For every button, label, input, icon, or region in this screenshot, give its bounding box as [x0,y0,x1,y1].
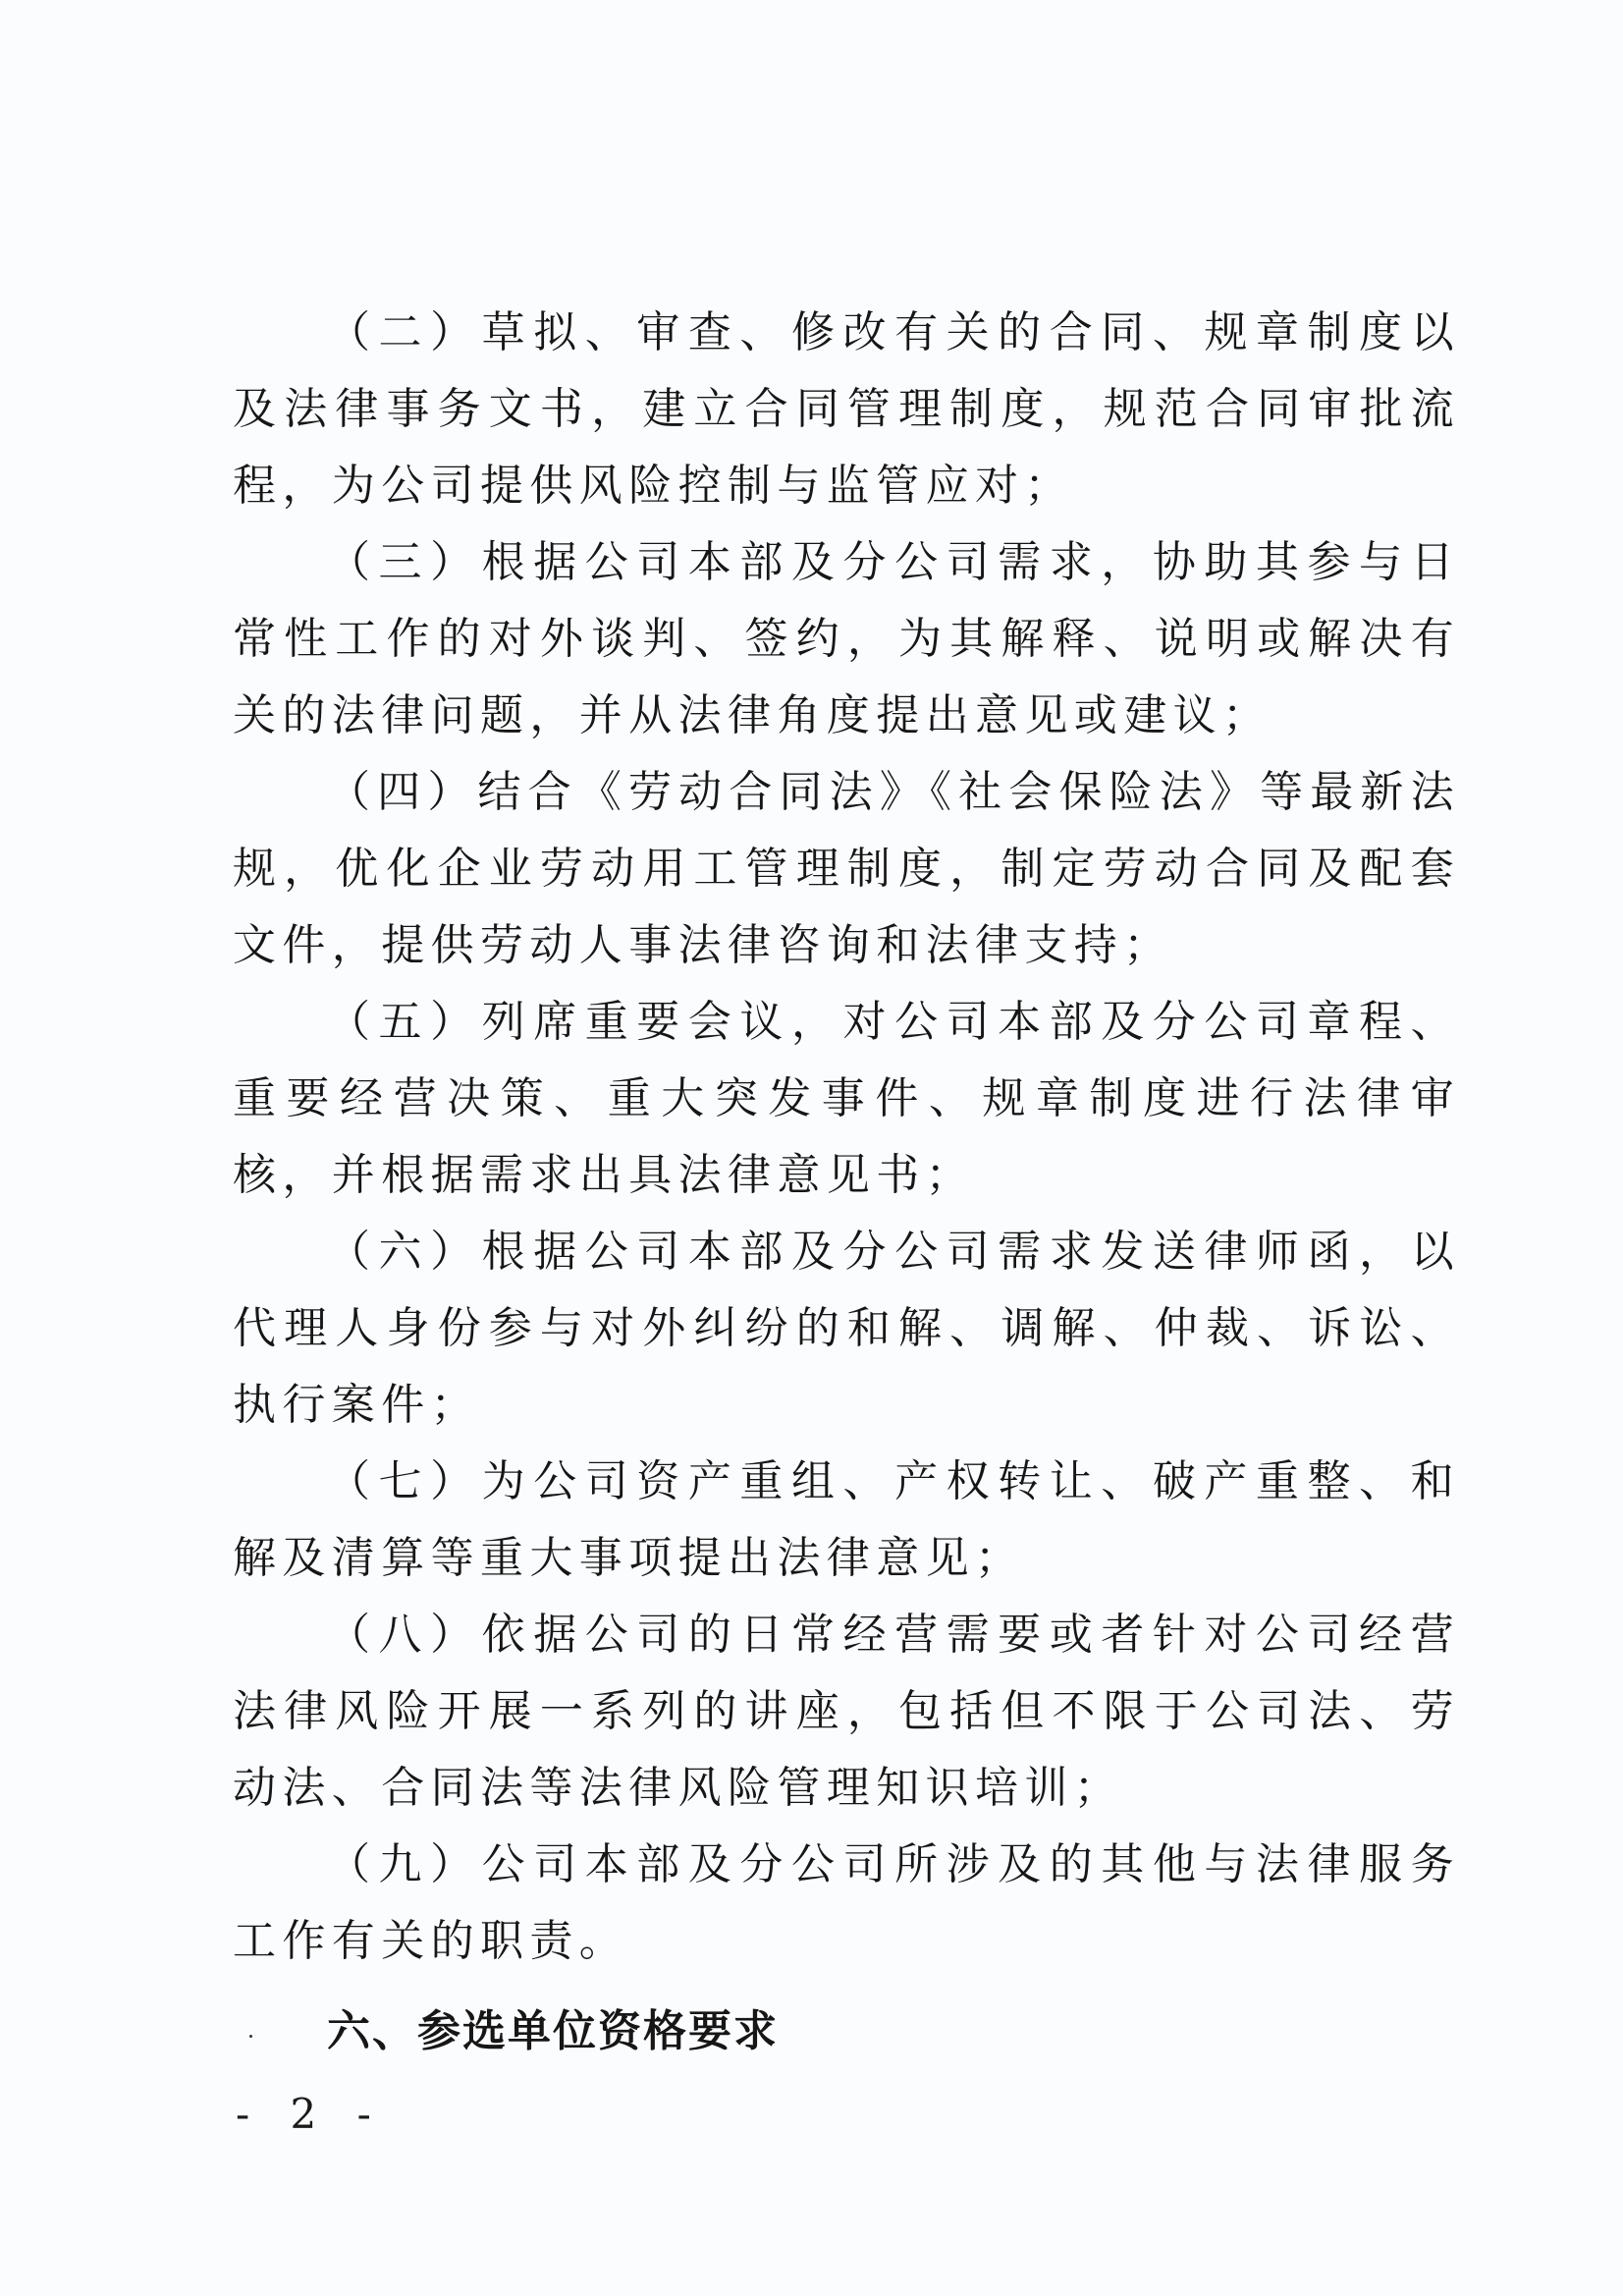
paragraph-item-8: （八）依据公司的日常经营需要或者针对公司经营法律风险开展一系列的讲座，包括但不限… [233,1597,1460,1827]
scan-artifact-dot [249,2035,252,2038]
section-heading: 六、参选单位资格要求 [233,1994,1460,2070]
paragraph-item-4: （四）结合《劳动合同法》《社会保险法》等最新法规，优化企业劳动用工管理制度，制定… [233,754,1460,984]
paragraph-item-2: （二）草拟、审查、修改有关的合同、规章制度以及法律事务文书，建立合同管理制度，规… [233,295,1460,524]
paragraph-item-9: （九）公司本部及分公司所涉及的其他与法律服务工作有关的职责。 [233,1827,1460,1980]
paragraph-item-5: （五）列席重要会议，对公司本部及分公司章程、重要经营决策、重大突发事件、规章制度… [233,984,1460,1214]
document-page: （二）草拟、审查、修改有关的合同、规章制度以及法律事务文书，建立合同管理制度，规… [0,0,1623,2296]
paragraph-item-3: （三）根据公司本部及分公司需求，协助其参与日常性工作的对外谈判、签约，为其解释、… [233,524,1460,754]
paragraph-item-7: （七）为公司资产重组、产权转让、破产重整、和解及清算等重大事项提出法律意见； [233,1444,1460,1597]
page-number: - 2 - [236,2090,385,2138]
paragraph-item-6: （六）根据公司本部及分公司需求发送律师函，以代理人身份参与对外纠纷的和解、调解、… [233,1214,1460,1444]
document-body: （二）草拟、审查、修改有关的合同、规章制度以及法律事务文书，建立合同管理制度，规… [233,295,1460,2070]
